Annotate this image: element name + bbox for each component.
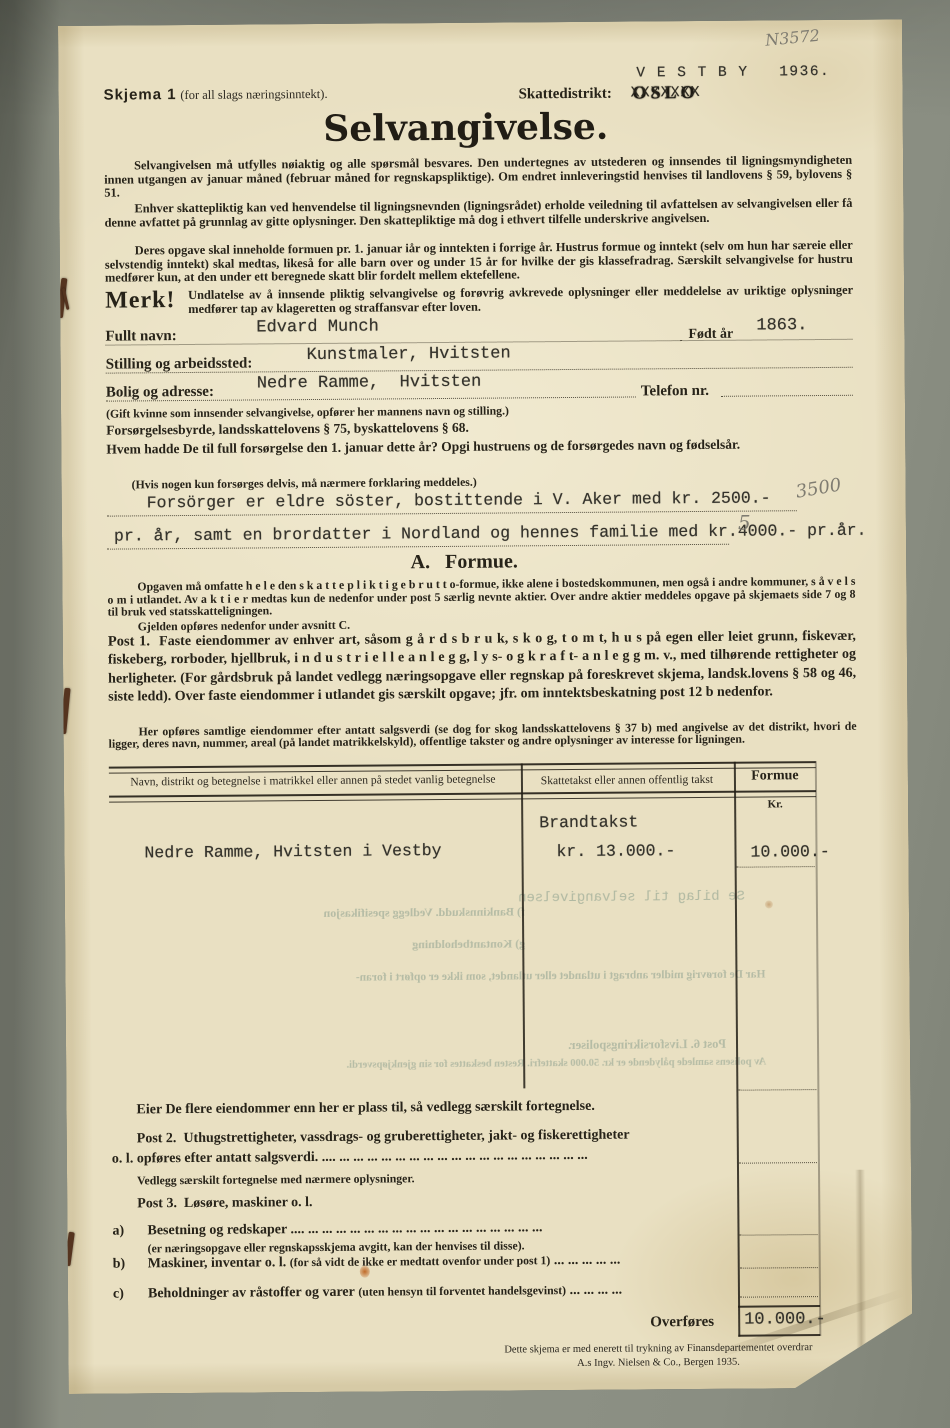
- carry-label: Overføres: [650, 1314, 714, 1332]
- item-b-note: (for så vidt de ikke er medtatt ovenfor …: [290, 1253, 551, 1269]
- post2-note: Vedlegg særskilt fortegnelse med nærmere…: [137, 1171, 415, 1188]
- table-kr-label: Kr.: [736, 798, 814, 811]
- post2-label: Post 2.: [137, 1131, 177, 1146]
- form-id-line: Skjema 1 (for all slags næringsinntekt).: [103, 85, 327, 105]
- post3-heading: Post 3. Løsøre, maskiner o. l.: [137, 1195, 312, 1212]
- bleedthrough-text: Av polisens samlede pålydende er kr. 50.…: [106, 1056, 766, 1072]
- dotted-line: [738, 1088, 816, 1091]
- item-b-text: Maskiner, inventar o. l.: [148, 1255, 287, 1271]
- row-takst-type: Brandtakst: [539, 812, 638, 832]
- dotted-line: [740, 1233, 818, 1236]
- carry-box-bottom: [738, 1334, 820, 1337]
- crease-line: [855, 1170, 867, 1388]
- phone-label: Telefon nr.: [641, 383, 709, 401]
- row-takst-value: kr. 13.000.-: [556, 841, 675, 861]
- dependents-question: Hvem hadde De til full forsørgelse den 1…: [106, 435, 854, 459]
- bleedthrough-text: Har De forøvrig midler anbragt i utlande…: [105, 968, 765, 985]
- post1-paragraph: Post 1. Faste eiendommer av enhver art, …: [108, 627, 857, 707]
- dotted-line: [739, 1161, 817, 1164]
- item-b-dots: ... ... ... ... ...: [550, 1253, 620, 1269]
- intro-paragraph: Deres opgave skal inneholde formuen pr. …: [105, 239, 853, 285]
- table-col3-header: Formue: [736, 768, 814, 785]
- tax-form-page: Se bilag til selvangivelsen f) Bankinnsk…: [58, 19, 913, 1394]
- intro-paragraph: Enhver skattepliktig kan ved henvendelse…: [104, 197, 852, 230]
- item-a-text: Besetning og redskaper: [147, 1222, 287, 1238]
- address-value: Nedre Ramme, Hvitsten: [257, 373, 482, 394]
- bleedthrough-text: g) Kontantbeholdning: [105, 936, 525, 954]
- post3-label: Post 3.: [137, 1196, 177, 1211]
- row-property-name: Nedre Ramme, Hvitsten i Vestby: [144, 841, 441, 862]
- intro-paragraph: Selvangivelsen må utfylles nøiaktig og a…: [104, 154, 852, 200]
- district-strikeout: XXXXXXX: [630, 84, 700, 102]
- dotted-line: [740, 1266, 818, 1269]
- dotted-line: [737, 865, 815, 868]
- item-b-letter: b): [113, 1256, 148, 1272]
- section-a-paragraph3: Her opføres samtlige eiendommer efter an…: [108, 720, 856, 751]
- post3-title: Løsøre, maskiner o. l.: [184, 1195, 313, 1211]
- partial-support-note: (Hvis nogen kun forsørges delvis, må nær…: [132, 475, 477, 493]
- stain: [765, 900, 773, 908]
- item-c-letter: c): [113, 1286, 148, 1302]
- page-title: Selvangivelse.: [59, 104, 873, 152]
- dependents-answer-line1: Forsörger er eldre söster, bostittende i…: [147, 488, 771, 512]
- item-c-dots: ... ... ... ...: [566, 1283, 622, 1298]
- archive-number-handwritten: N3572: [765, 26, 821, 50]
- table-top-border: [109, 761, 816, 774]
- dotted-line: [721, 394, 853, 397]
- item-c-text: Beholdninger av råstoffer og varer: [148, 1285, 355, 1302]
- binding-stitch: [60, 688, 70, 734]
- table-col2-header: Skattetakst eller annen offentlig takst: [526, 773, 728, 788]
- printer-imprint-line2: A.s Ingv. Nielsen & Co., Bergen 1935.: [448, 1356, 868, 1370]
- district-typed-value: V E S T B Y 1936.: [636, 64, 830, 82]
- printer-imprint-line1: Dette skjema er med enerett til trykning…: [448, 1342, 868, 1356]
- occupation-value: Kunstmaler, Hvitsten: [307, 344, 511, 365]
- table-divider-2: [734, 762, 740, 1337]
- post3-item-a: a)Besetning og redskaper .... ... ... ..…: [112, 1219, 737, 1240]
- binding-stitch: [64, 1232, 74, 1266]
- merk-text: Undlatelse av å innsende pliktig selvang…: [188, 284, 853, 316]
- table-header-border: [109, 790, 816, 803]
- form-id-note: (for all slags næringsinntekt).: [180, 87, 327, 102]
- born-year-value: 1863.: [756, 316, 807, 335]
- district-label: Skattedistrikt:: [518, 86, 611, 104]
- dependents-answer-line2: pr. år, samt en brordatter i Nordland og…: [114, 521, 867, 546]
- post1-label: Post 1.: [108, 633, 150, 649]
- post3-item-c: c)Beholdninger av råstoffer og varer (ut…: [113, 1282, 738, 1303]
- item-c-note: (uten hensyn til forventet handelsgevins…: [358, 1283, 566, 1299]
- carry-box-top: [738, 1305, 820, 1308]
- dotted-line: [680, 338, 852, 341]
- table-col1-header: Navn, distrikt og betegnelse i matrikkel…: [112, 772, 514, 788]
- section-a-heading: A. Formue.: [62, 548, 866, 577]
- post2-bold-text: Uthugstrettigheter, vassdrags- og gruber…: [183, 1128, 629, 1147]
- full-name-value: Edvard Munch: [256, 317, 379, 337]
- section-a-paragraph1: Opgaven må omfatte h e l e den s k a t t…: [107, 575, 855, 619]
- item-a-dots: .... ... ... ... ... ... ... ... ... ...…: [287, 1220, 543, 1237]
- item-a-letter: a): [112, 1223, 147, 1239]
- pencil-correction-3500: 3500: [794, 474, 843, 502]
- married-woman-note: (Gift kvinne som innsender selvangivelse…: [106, 403, 509, 421]
- post1-text: Faste eiendommer av enhver art, såsom g …: [108, 629, 856, 705]
- form-id: Skjema 1: [103, 86, 176, 104]
- dependents-law-line: Forsørgelsesbyrde, landsskattelovens § 7…: [106, 420, 469, 439]
- carry-value: 10.000.-: [744, 1310, 826, 1330]
- row-formue-value: 10.000.-: [750, 842, 829, 862]
- dotted-line: [740, 1295, 818, 1298]
- bleedthrough-text: f) Bankinnskudd. Vedlegg spesifikasjon: [105, 904, 525, 922]
- post2-line2: o. l. opføres efter antatt salgsverdi. .…: [112, 1147, 737, 1168]
- post2-line1: Post 2. Uthugstrettigheter, vassdrags- o…: [137, 1126, 817, 1147]
- bleedthrough-text: Post 6. Livsforsikringspoliser.: [426, 1037, 726, 1054]
- merk-label: Merk!: [105, 287, 176, 315]
- pencil-correction-5: 5: [738, 511, 751, 535]
- more-properties-note: Eier De flere eiendommer enn her er plas…: [136, 1099, 594, 1119]
